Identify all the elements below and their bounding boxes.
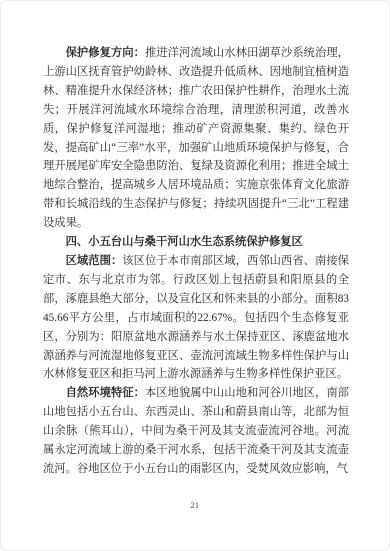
paragraph-natural-environment: 自然环境特征：本区地貌属中山山地和河谷川地区，南部山地包括小五台山、东西灵山、茶… (43, 384, 349, 479)
paragraph-text: 本区地貌属中山山地和河谷川地区，南部山地包括小五台山、东西灵山、茶山和蔚县南山等… (43, 387, 349, 475)
paragraph-text: 推进洋河流域山水林田湖草沙系统治理，上游山区抚育管护幼龄林、改造提升低质林、因地… (43, 47, 349, 229)
paragraph-lead: 保护修复方向： (66, 47, 145, 59)
page-number: 21 (1, 501, 389, 511)
paragraph-lead: 区域范围： (66, 255, 123, 267)
paragraph-region-scope: 区域范围：该区位于本市南部区域，西邻山西省、南接保定市、东与北京市为邻。行政区划… (43, 252, 349, 384)
paragraph-text: 该区位于本市南部区域，西邻山西省、南接保定市、东与北京市为邻。行政区划上包括蔚县… (43, 255, 349, 380)
paragraph-protection-direction: 保护修复方向：推进洋河流域山水林田湖草沙系统治理，上游山区抚育管护幼龄林、改造提… (43, 44, 349, 233)
document-body: 保护修复方向：推进洋河流域山水林田湖草沙系统治理，上游山区抚育管护幼龄林、改造提… (43, 44, 349, 479)
section-heading-text: 四、小五台山与桑干河山水生态系统保护修复区 (66, 236, 303, 248)
section-heading: 四、小五台山与桑干河山水生态系统保护修复区 (43, 233, 349, 252)
paragraph-lead: 自然环境特征： (66, 387, 145, 399)
document-page: 保护修复方向：推进洋河流域山水林田湖草沙系统治理，上游山区抚育管护幼龄林、改造提… (0, 0, 390, 551)
